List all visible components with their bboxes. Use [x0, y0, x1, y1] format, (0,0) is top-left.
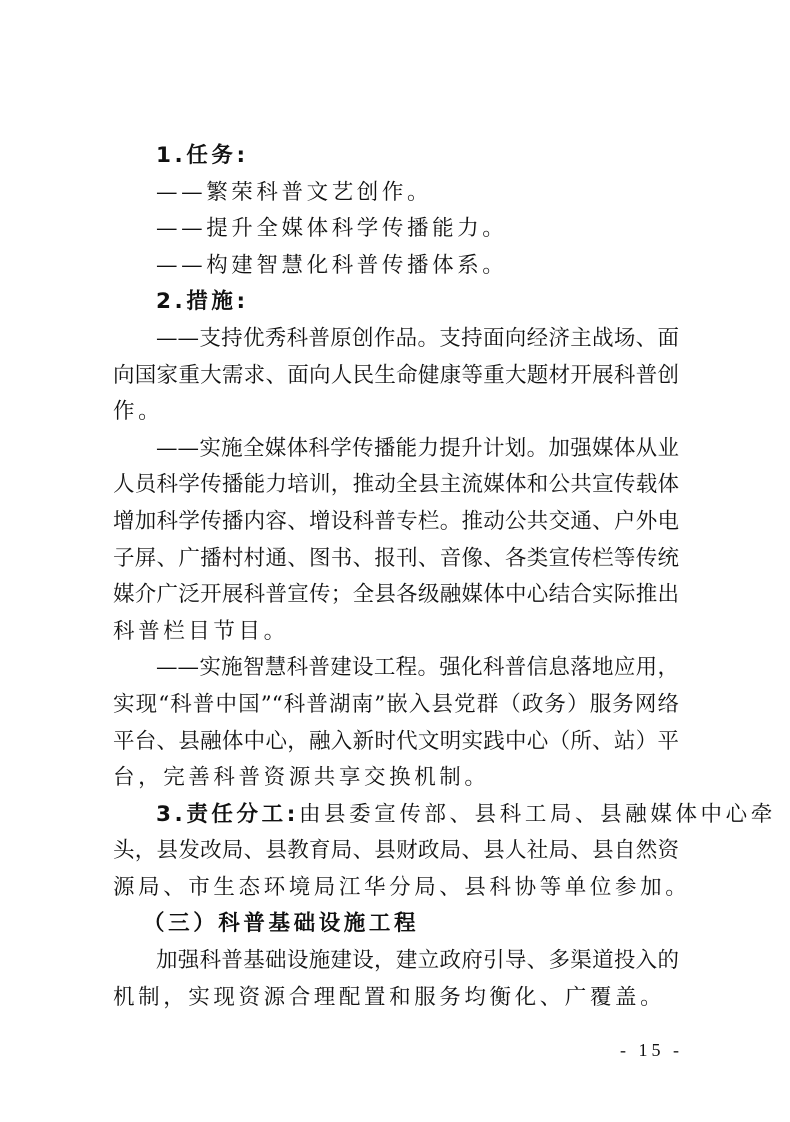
section3-first-line: 3.责任分工:由县委宣传部、县科工局、县融媒体中心牵	[113, 797, 679, 834]
paragraph-line: 媒介广泛开展科普宣传；全县各级融媒体中心结合实际推出	[113, 577, 679, 614]
paragraph-line: 向国家重大需求、面向人民生命健康等重大题材开展科普创	[113, 358, 679, 395]
task-item: ——构建智慧化科普传播体系。	[113, 248, 679, 285]
paragraph-line: 科普栏目节目。	[113, 614, 679, 651]
paragraph-line: 子屏、广播村村通、图书、报刊、音像、各类宣传栏等传统	[113, 541, 679, 578]
paragraph-line: 作。	[113, 394, 679, 431]
paragraph-line: 平台、县融体中心，融入新时代文明实践中心（所、站）平	[113, 724, 679, 761]
paragraph-line: 加强科普基础设施建设，建立政府引导、多渠道投入的	[113, 943, 679, 980]
task-item: ——提升全媒体科学传播能力。	[113, 211, 679, 248]
task-item: ——繁荣科普文艺创作。	[113, 175, 679, 212]
section2-heading: 2.措施:	[113, 284, 679, 321]
section3-heading: 3.责任分工:	[156, 802, 299, 827]
subsection-heading: （三）科普基础设施工程	[113, 906, 679, 943]
paragraph-line: 头，县发改局、县教育局、县财政局、县人社局、县自然资	[113, 833, 679, 870]
paragraph-line: 人员科学传播能力培训，推动全县主流媒体和公共宣传载体	[113, 467, 679, 504]
paragraph-line: 机制，实现资源合理配置和服务均衡化、广覆盖。	[113, 980, 679, 1017]
paragraph-line: 台，完善科普资源共享交换机制。	[113, 760, 679, 797]
section1-heading: 1.任务:	[113, 138, 679, 175]
paragraph-line: 实现“科普中国”“科普湖南”嵌入县党群（政务）服务网络	[113, 687, 679, 724]
section3-text: 由县委宣传部、县科工局、县融媒体中心牵	[299, 802, 776, 827]
paragraph-line: 增加科学传播内容、增设科普专栏。推动公共交通、户外电	[113, 504, 679, 541]
page-number: - 15 -	[620, 1040, 683, 1061]
document-page: 1.任务: ——繁荣科普文艺创作。 ——提升全媒体科学传播能力。 ——构建智慧化…	[113, 138, 679, 1016]
paragraph-line: ——支持优秀科普原创作品。支持面向经济主战场、面	[113, 321, 679, 358]
paragraph-line: ——实施智慧科普建设工程。强化科普信息落地应用，	[113, 650, 679, 687]
paragraph-line: 源局、市生态环境局江华分局、县科协等单位参加。	[113, 870, 679, 907]
paragraph-line: ——实施全媒体科学传播能力提升计划。加强媒体从业	[113, 431, 679, 468]
